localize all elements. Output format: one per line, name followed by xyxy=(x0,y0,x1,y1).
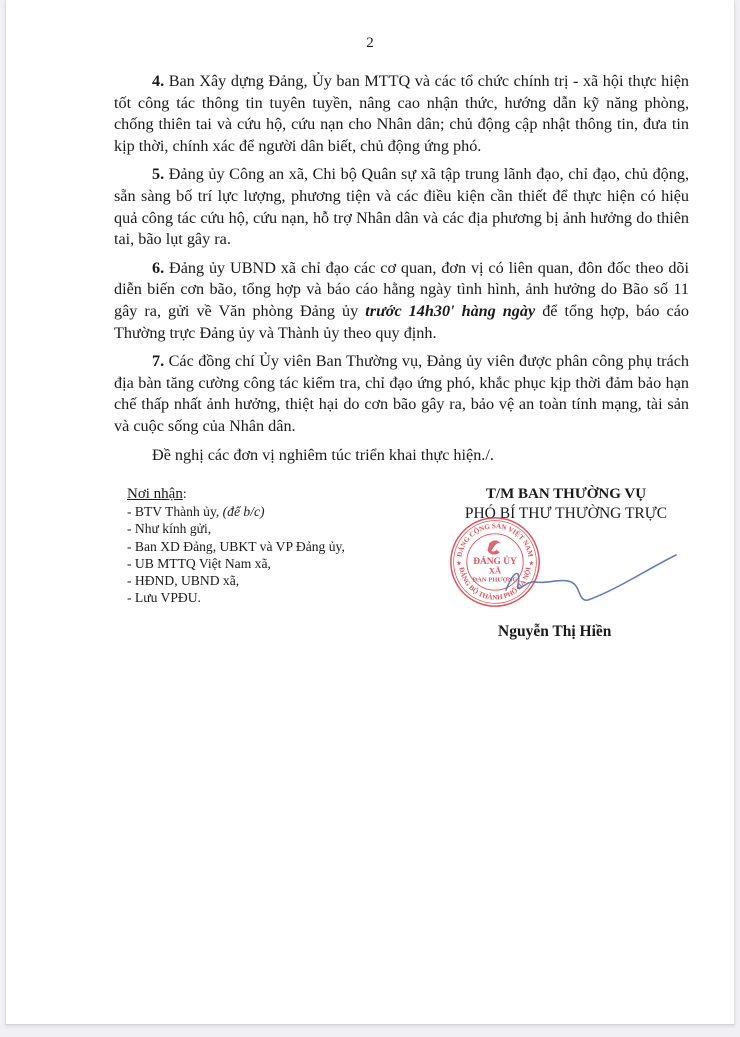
recipient-item: - Lưu VPĐU. xyxy=(127,589,345,606)
paragraph-number: 4. xyxy=(152,72,164,90)
document-body: 4. Ban Xây dựng Đảng, Ủy ban MTTQ và các… xyxy=(114,71,689,473)
closing-line: Đề nghị các đơn vị nghiêm túc triển khai… xyxy=(114,445,689,467)
paragraph-number: 5. xyxy=(152,165,164,183)
paragraph-text: Ban Xây dựng Đảng, Ủy ban MTTQ và các tổ… xyxy=(114,72,689,155)
deadline-emphasis: trước 14h30' hàng ngày xyxy=(365,302,535,320)
paragraph-6: 6. Đảng ủy UBND xã chỉ đạo các cơ quan, … xyxy=(114,258,689,344)
recipient-item: - BTV Thành ủy, (để b/c) xyxy=(127,503,345,520)
paragraph-number: 7. xyxy=(152,352,164,370)
paragraph-text: Đảng ủy Công an xã, Chi bộ Quân sự xã tậ… xyxy=(114,165,689,248)
page-number: 2 xyxy=(6,35,734,52)
paragraph-5: 5. Đảng ủy Công an xã, Chi bộ Quân sự xã… xyxy=(114,164,689,250)
recipient-item: - UB MTTQ Việt Nam xã, xyxy=(127,555,345,572)
recipients-block: Nơi nhận: - BTV Thành ủy, (để b/c) - Như… xyxy=(127,485,345,606)
paragraph-7: 7. Các đồng chí Ủy viên Ban Thường vụ, Đ… xyxy=(114,351,689,437)
svg-text:★: ★ xyxy=(456,560,462,567)
paragraph-number: 6. xyxy=(152,259,164,277)
signature-title: T/M BAN THƯỜNG VỤ xyxy=(446,485,686,504)
recipient-item: - HĐND, UBND xã, xyxy=(127,572,345,589)
signature-block: T/M BAN THƯỜNG VỤ PHÓ BÍ THƯ THƯỜNG TRỰC… xyxy=(446,485,686,523)
paragraph-4: 4. Ban Xây dựng Đảng, Ủy ban MTTQ và các… xyxy=(114,71,689,157)
recipients-heading: Nơi nhận: xyxy=(127,485,345,503)
signer-name: Nguyễn Thị Hiền xyxy=(498,623,611,641)
recipient-item: - Như kính gửi, xyxy=(127,520,345,537)
handwritten-signature xyxy=(466,530,686,610)
recipient-item: - Ban XD Đảng, UBKT và VP Đảng ủy, xyxy=(127,538,345,555)
document-page: 2 4. Ban Xây dựng Đảng, Ủy ban MTTQ và c… xyxy=(5,0,735,1025)
paragraph-text: Các đồng chí Ủy viên Ban Thường vụ, Đảng… xyxy=(114,352,689,435)
